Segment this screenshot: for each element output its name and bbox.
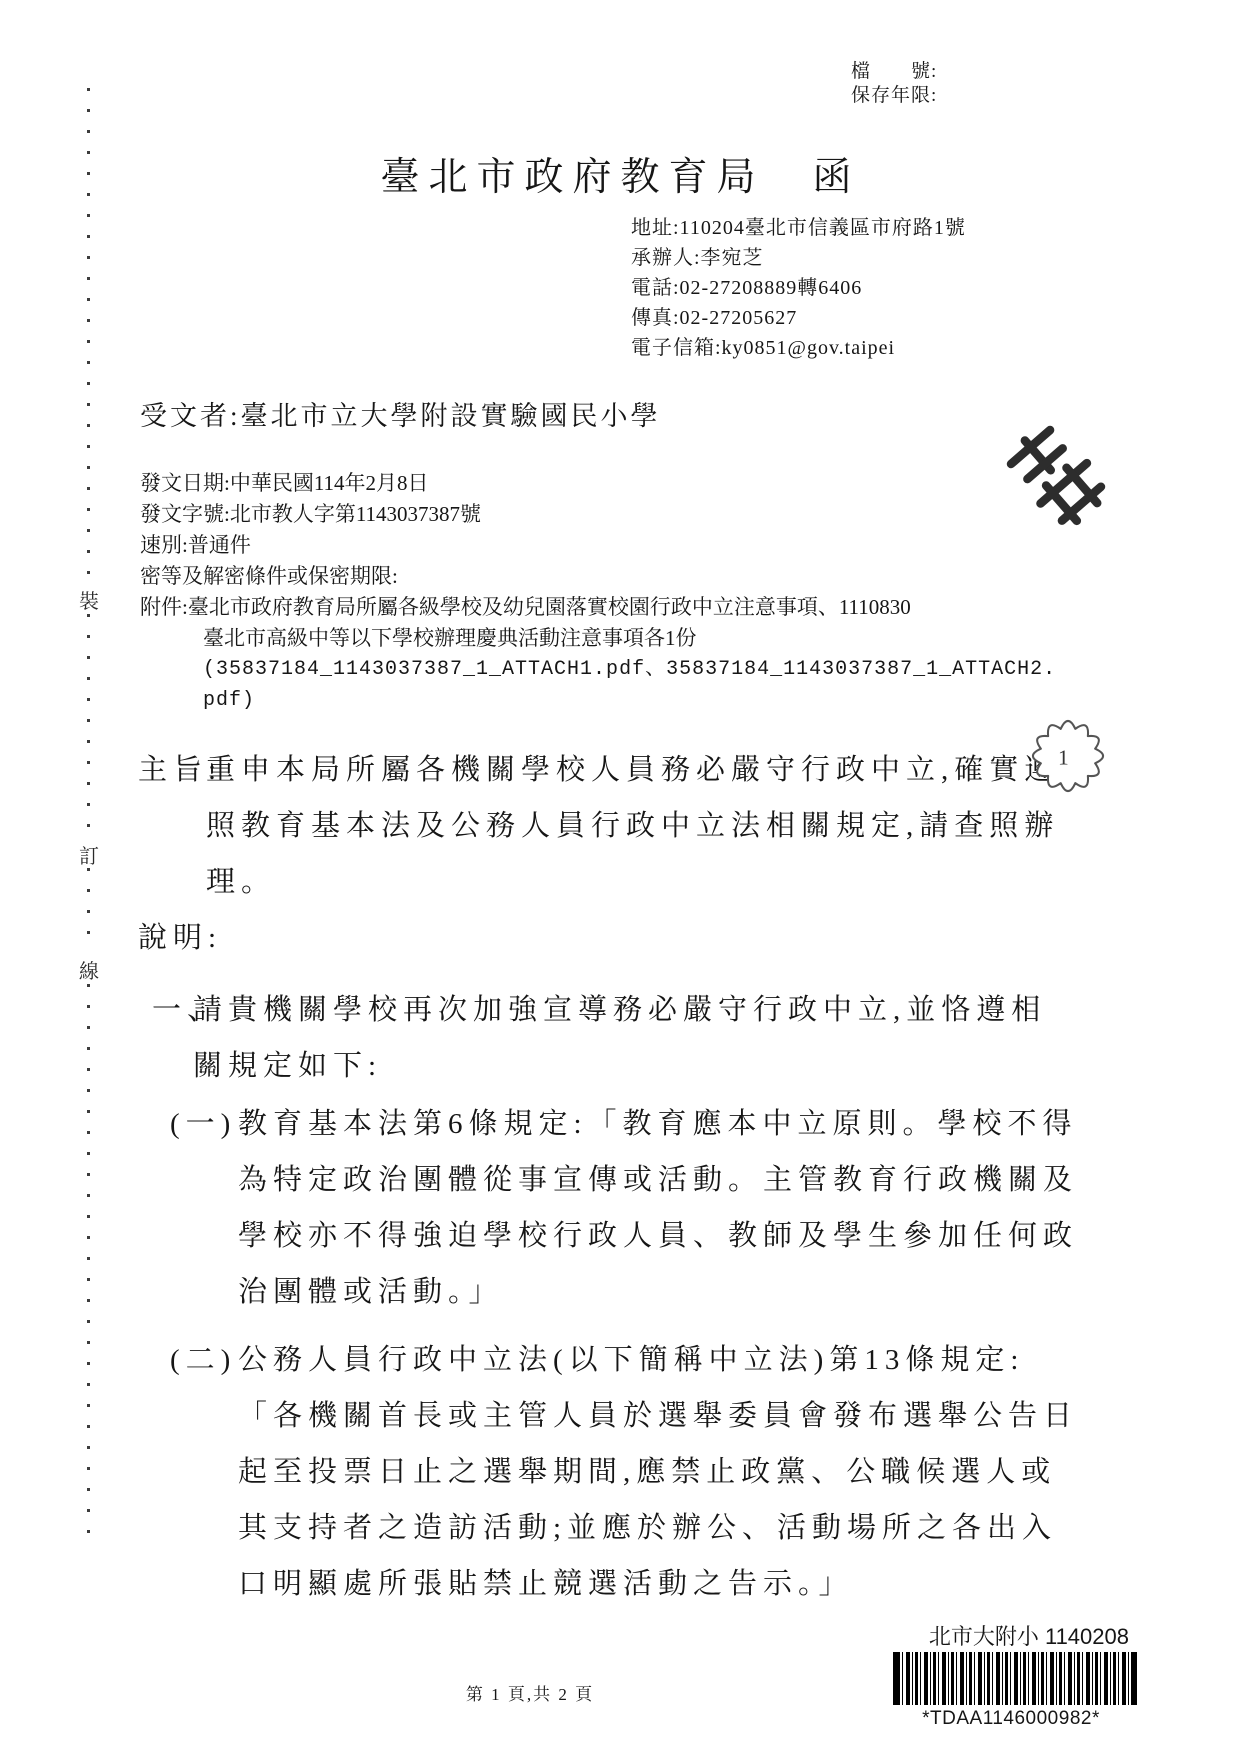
file-number-block: 檔 號: 保存年限:: [851, 60, 937, 108]
binding-dotted-line: [87, 868, 90, 952]
page-count-seal: 1: [1020, 706, 1116, 806]
attachment-row: 附件: 臺北市政府教育局所屬各級學校及幼兒園落實校園行政中立注意事項、11108…: [140, 592, 1056, 623]
sender-fax: 傳真:02-27205627: [631, 303, 966, 333]
doc-number-line: 發文字號:北市教人字第1143037387號: [140, 499, 1056, 530]
explanation-subitem-number: (一): [170, 1096, 236, 1152]
document-page: 裝 訂 線 檔 號: 保存年限: 臺北市政府教育局 函 地址:110204臺北市…: [0, 0, 1241, 1754]
subject-line: 照教育基本法及公務人員行政中立法相關規定,請查照辦: [206, 798, 1059, 854]
explanation-line: 其支持者之造訪活動;並應於辦公、活動場所之各出入: [238, 1500, 1078, 1556]
subject-line: 理。: [206, 854, 1059, 910]
subject-line: 重申本局所屬各機關學校人員務必嚴守行政中立,確實遵: [206, 742, 1059, 798]
explanation-item-1: 請貴機關學校再次加強宣導務必嚴守行政中立,並恪遵相 關規定如下:: [193, 982, 1046, 1094]
document-title: 臺北市政府教育局 函: [0, 146, 1241, 202]
issue-date-line: 發文日期:中華民國114年2月8日: [140, 468, 1056, 499]
sender-address: 地址:110204臺北市信義區市府路1號: [631, 213, 966, 243]
explanation-item-3: 公務人員行政中立法(以下簡稱中立法)第13條規定: 「各機關首長或主管人員於選舉…: [238, 1332, 1078, 1612]
binding-mark-zhuang: 裝: [76, 585, 102, 614]
recipient-line: 受文者:臺北市立大學附設實驗國民小學: [140, 394, 661, 433]
attachment-line: 臺北市高級中等以下學校辦理慶典活動注意事項各1份: [203, 623, 1056, 654]
explanation-subitem-number: (二): [170, 1332, 236, 1388]
explanation-line: 學校亦不得強迫學校行政人員、教師及學生參加任何政: [238, 1208, 1078, 1264]
subject-block: 重申本局所屬各機關學校人員務必嚴守行政中立,確實遵 照教育基本法及公務人員行政中…: [206, 742, 1059, 910]
explanation-line: 口明顯處所張貼禁止競選活動之告示。」: [238, 1556, 1078, 1612]
sender-contact-block: 地址:110204臺北市信義區市府路1號 承辦人:李宛芝 電話:02-27208…: [631, 213, 966, 363]
explanation-line: 教育基本法第6條規定:「教育應本中立原則。學校不得: [238, 1096, 1078, 1152]
explanation-item-2: 教育基本法第6條規定:「教育應本中立原則。學校不得 為特定政治團體從事宣傳或活動…: [238, 1096, 1078, 1320]
attachment-filename-line: (35837184_1143037387_1_ATTACH1.pdf、35837…: [203, 654, 1056, 685]
explanation-label: 說明:: [138, 910, 222, 966]
binding-mark-xian: 線: [76, 955, 102, 984]
explanation-line: 「各機關首長或主管人員於選舉委員會發布選舉公告日: [238, 1388, 1078, 1444]
binding-dotted-line: [87, 614, 90, 838]
binding-dotted-line: [87, 984, 90, 1548]
retention-period-label: 保存年限:: [851, 84, 937, 108]
sender-email: 電子信箱:ky0851@gov.taipei: [631, 333, 966, 363]
school-code-label: 北市大附小 1140208: [880, 1620, 1129, 1651]
security-level-line: 密等及解密條件或保密期限:: [140, 561, 1056, 592]
attachment-line: 臺北市政府教育局所屬各級學校及幼兒園落實校園行政中立注意事項、1110830: [188, 592, 911, 623]
explanation-line: 請貴機關學校再次加強宣導務必嚴守行政中立,並恪遵相: [193, 982, 1046, 1038]
explanation-line: 為特定政治團體從事宣傳或活動。主管教育行政機關及: [238, 1152, 1078, 1208]
attachment-label: 附件:: [140, 592, 188, 623]
explanation-line: 治團體或活動。」: [238, 1264, 1078, 1320]
barcode-text: *TDAA1146000982*: [885, 1708, 1137, 1730]
binding-mark-ding: 訂: [76, 840, 102, 869]
seal-page-number: 1: [1058, 745, 1069, 769]
speed-level-line: 速別:普通件: [140, 530, 1056, 561]
sender-phone: 電話:02-27208889轉6406: [631, 273, 966, 303]
explanation-line: 起至投票日止之選舉期間,應禁止政黨、公職候選人或: [238, 1444, 1078, 1500]
explanation-line: 關規定如下:: [193, 1038, 1046, 1094]
sender-contact-person: 承辦人:李宛芝: [631, 243, 966, 273]
attachment-filename-line: pdf): [203, 685, 1056, 716]
document-meta-block: 發文日期:中華民國114年2月8日 發文字號:北市教人字第1143037387號…: [140, 468, 1056, 716]
explanation-line: 公務人員行政中立法(以下簡稱中立法)第13條規定:: [238, 1332, 1078, 1388]
page-number-footer: 第 1 頁,共 2 頁: [0, 1680, 1060, 1705]
file-number-label: 檔 號:: [851, 60, 937, 84]
